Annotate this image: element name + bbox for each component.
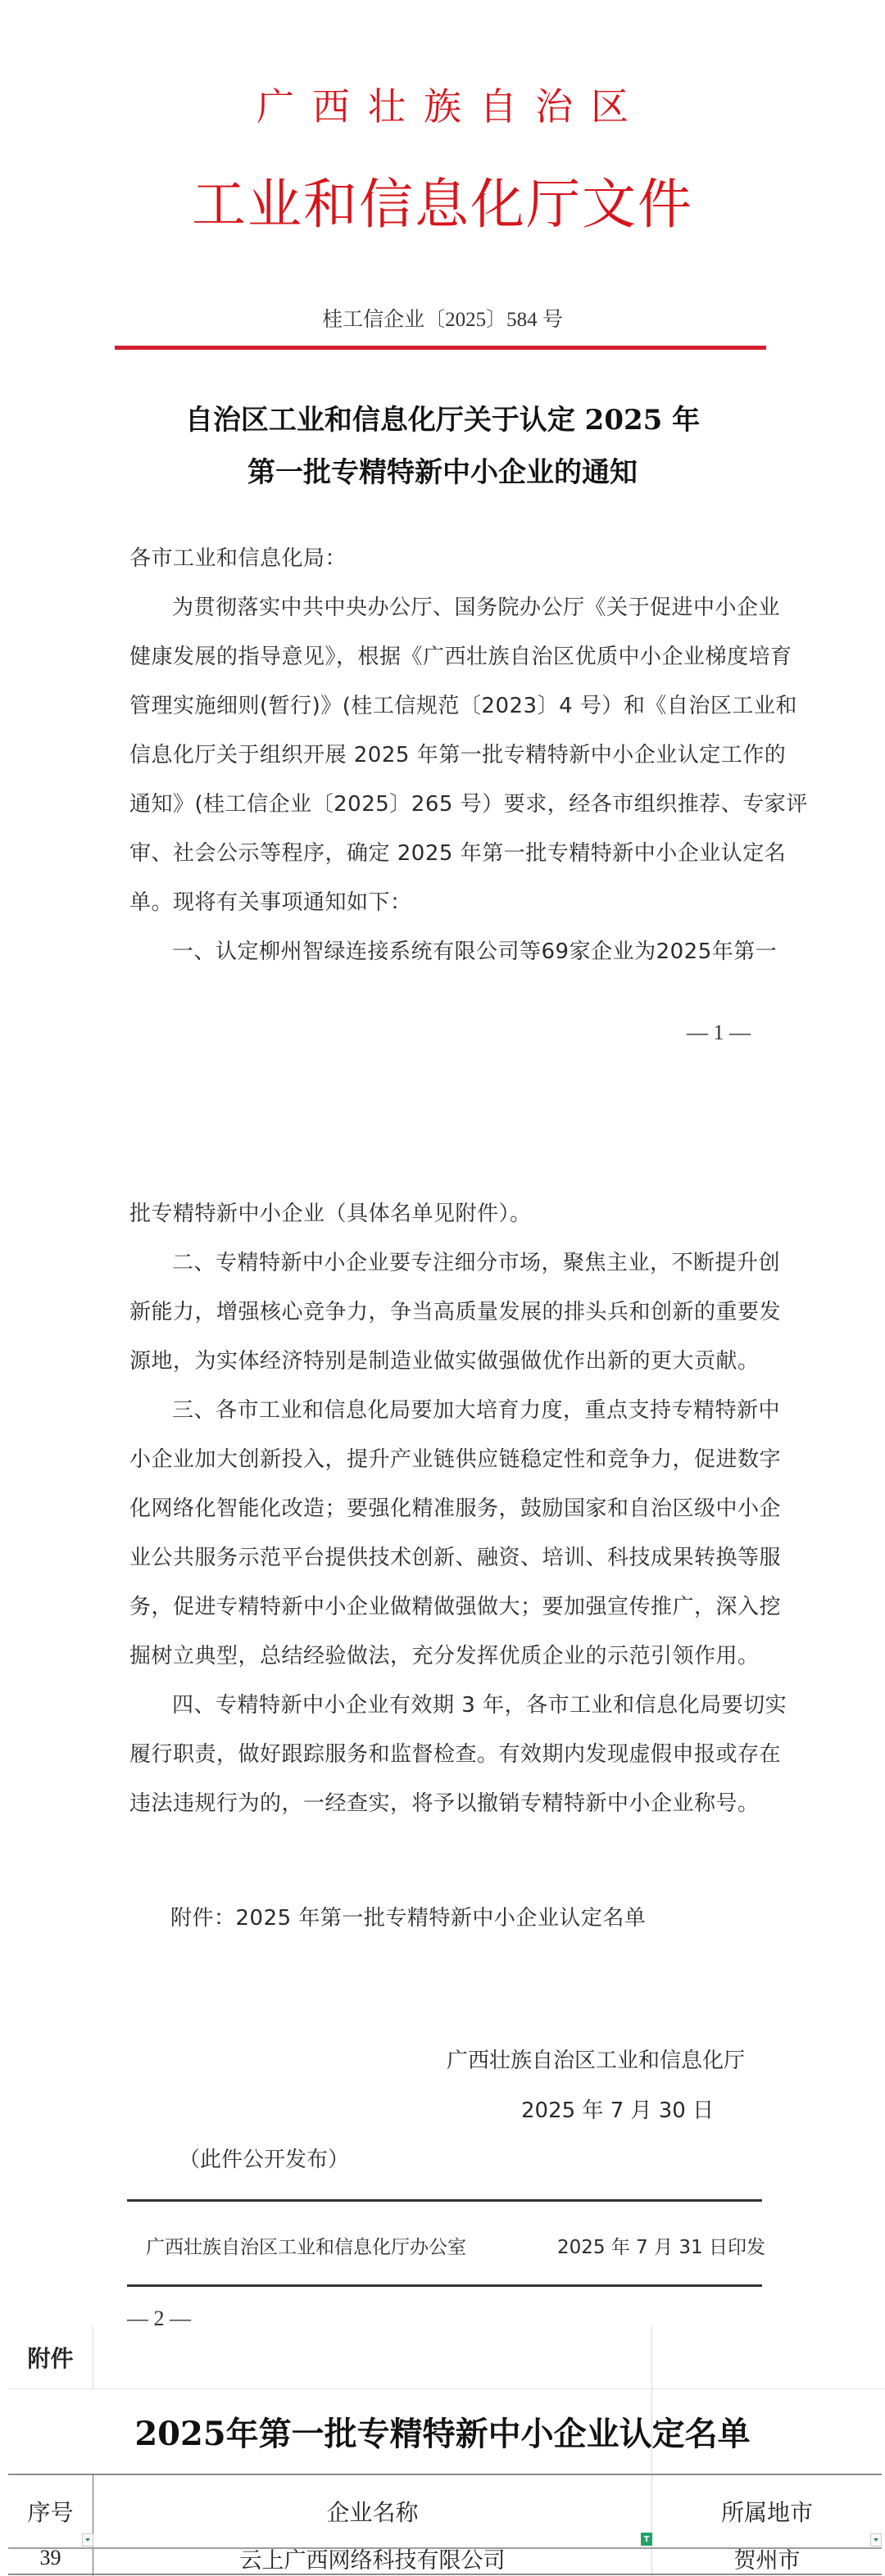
imprint-bottom-rule	[127, 2284, 762, 2287]
sheet-title[interactable]: 2025年第一批专精特新中小企业认定名单	[0, 2388, 885, 2474]
signature-org: 广西壮族自治区工业和信息化厅	[447, 2044, 745, 2074]
body-line: 履行职责，做好跟踪服务和监督检查。有效期内发现虚假申报或存在	[129, 1738, 769, 1771]
body-line: 一、认定柳州智绿连接系统有限公司等69家企业为2025年第一	[172, 935, 811, 968]
body-line: 新能力，增强核心竞争力，争当高质量发展的排头兵和创新的重要发	[129, 1296, 769, 1329]
publish-note: （此件公开发布）	[179, 2143, 349, 2173]
body-line: 掘树立典型，总结经验做法，充分发挥优质企业的示范引领作用。	[129, 1640, 769, 1673]
red-divider-rule	[115, 346, 766, 350]
page-number-1: — 1 —	[687, 1021, 751, 1045]
column-header-company[interactable]: 企业名称	[93, 2475, 651, 2547]
body-line: 源地，为实体经济特别是制造业做实做强做优作出新的更大贡献。	[129, 1345, 769, 1378]
body-line: 三、各市工业和信息化局要加大培育力度，重点支持专精特新中	[172, 1394, 811, 1427]
body-line: 为贯彻落实中共中央办公厅、国务院办公厅《关于促进中小企业	[172, 591, 811, 624]
issuing-org-heading: 广西壮族自治区	[0, 82, 885, 131]
table-cell-index[interactable]: 39	[8, 2538, 93, 2576]
body-line: 业公共服务示范平台提供技术创新、融资、培训、科技成果转换等服	[129, 1542, 769, 1574]
attachment-label-cell[interactable]: 附件	[8, 2326, 93, 2388]
body-line: 小企业加大创新投入，提升产业链供应链稳定性和竞争力，促进数字	[129, 1443, 769, 1476]
body-line: 批专精特新中小企业（具体名单见附件）。	[129, 1197, 769, 1230]
greeting: 各市工业和信息化局：	[129, 542, 769, 575]
body-line: 违法违规行为的，一经查实，将予以撤销专精特新中小企业称号。	[129, 1787, 769, 1820]
signature-date: 2025 年 7 月 30 日	[521, 2094, 714, 2124]
grid-line	[93, 2326, 93, 2388]
notice-title-line-2: 第一批专精特新中小企业的通知	[0, 452, 885, 493]
imprint-print-date: 2025 年 7 月 31 日印发	[557, 2232, 765, 2259]
body-line: 信息化厅关于组织开展 2025 年第一批专精特新中小企业认定工作的	[129, 739, 769, 772]
file-heading: 工业和信息化厅文件	[0, 164, 885, 246]
body-line: 管理实施细则(暂行)》(桂工信规范〔2023〕4 号）和《自治区工业和	[129, 690, 769, 722]
imprint-top-rule-dup	[127, 2199, 762, 2202]
attachment-note: 附件：2025 年第一批专精特新中小企业认定名单	[170, 1902, 810, 1935]
body-line: 通知》(桂工信企业〔2025〕265 号）要求，经各市组织推荐、专家评	[129, 788, 769, 821]
document-number: 桂工信企业〔2025〕584 号	[0, 303, 885, 333]
body-line: 审、社会公示等程序，确定 2025 年第一批专精特新中小企业认定名	[129, 837, 769, 870]
body-line: 单。现将有关事项通知如下：	[129, 886, 769, 919]
body-line: 四、专精特新中小企业有效期 3 年，各市工业和信息化局要切实	[172, 1689, 811, 1722]
column-header-index[interactable]: 序号	[8, 2475, 93, 2547]
notice-title-line-1: 自治区工业和信息化厅关于认定 2025 年	[0, 400, 885, 441]
column-header-city[interactable]: 所属地市	[652, 2475, 882, 2547]
table-cell-city[interactable]: 贺州市	[652, 2538, 882, 2576]
table-cell-company[interactable]: 云上广西网络科技有限公司	[93, 2538, 651, 2576]
attachment-spreadsheet: 附件 2025年第一批专精特新中小企业认定名单 序号 企业名称 T 所属地市 3…	[0, 2326, 885, 2576]
body-line: 务，促进专精特新中小企业做精做强做大；要加强宣传推广，深入挖	[129, 1591, 769, 1623]
body-line: 二、专精特新中小企业要专注细分市场，聚焦主业，不断提升创	[172, 1247, 811, 1279]
body-line: 化网络化智能化改造；要强化精准服务，鼓励国家和自治区级中小企	[129, 1492, 769, 1525]
imprint-office: 广西壮族自治区工业和信息化厅办公室	[146, 2232, 466, 2259]
body-line: 健康发展的指导意见》，根据《广西壮族自治区优质中小企业梯度培育	[129, 641, 769, 673]
